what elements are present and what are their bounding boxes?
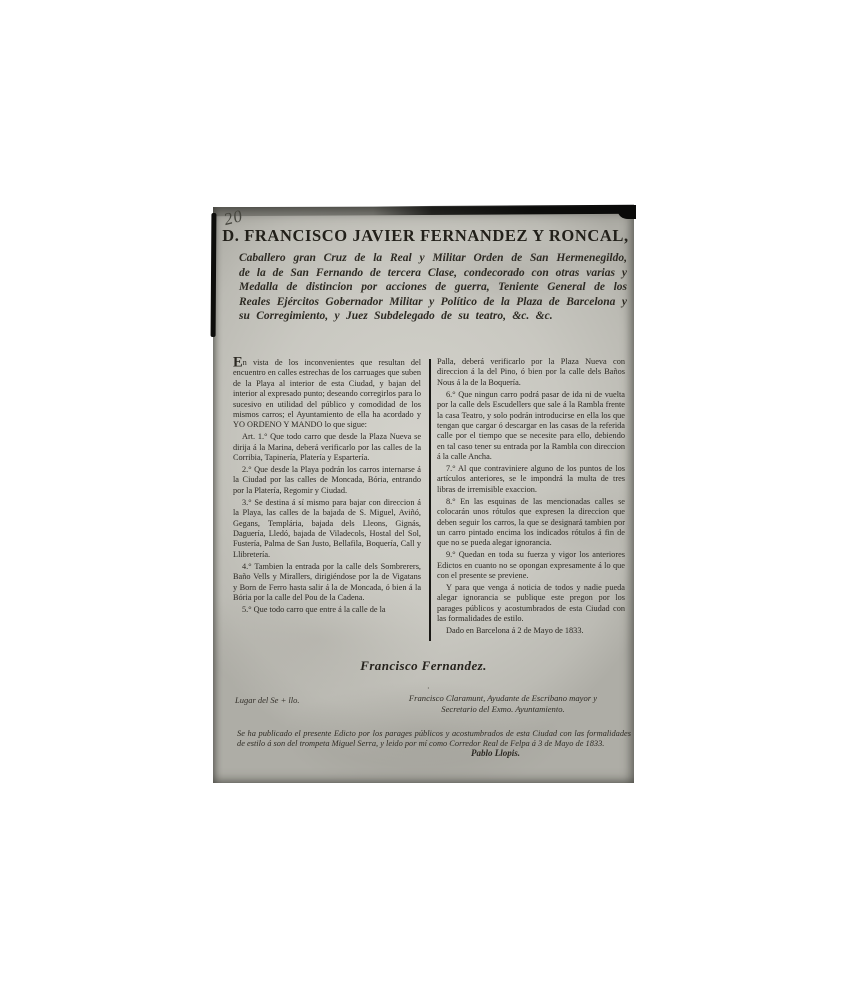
article-5-start: 5.° Que todo carro que entre á la calle …: [233, 605, 421, 615]
article-4: 4.° Tambien la entrada por la calle dels…: [233, 562, 421, 604]
crier-signature: Pablo Llopis.: [471, 748, 520, 758]
edict-title: D. FRANCISCO JAVIER FERNANDEZ Y RONCAL,: [219, 226, 632, 246]
article-9: 9.° Quedan en toda su fuerza y vigor los…: [437, 550, 625, 581]
scan-left-edge-mark: [211, 213, 217, 337]
separator-mark: ·: [427, 684, 430, 693]
clerk-title-line: Secretario del Exmo. Ayuntamiento.: [383, 704, 623, 715]
column-divider-rule: [429, 359, 431, 641]
article-1: Art. 1.° Que todo carro que desde la Pla…: [233, 432, 421, 463]
edict-subtitle: Caballero gran Cruz de la Real y Militar…: [239, 251, 627, 324]
publication-note: Se ha publicado el presente Edicto por l…: [237, 729, 631, 749]
article-2: 2.° Que desde la Playa podrán los carros…: [233, 465, 421, 496]
article-5-continuation: Palla, deberá verificarlo por la Plaza N…: [437, 357, 625, 388]
dateline: Dado en Barcelona á 2 de Mayo de 1833.: [437, 626, 625, 636]
scan-corner-mark: [618, 205, 636, 219]
seal-place-note: Lugar del Se + llo.: [235, 695, 300, 705]
right-column: Palla, deberá verificarlo por la Plaza N…: [437, 357, 625, 638]
clerk-attestation: Francisco Claramunt, Ayudante de Escriba…: [383, 693, 623, 714]
article-7: 7.° Al que contraviniere alguno de los p…: [437, 464, 625, 495]
clerk-name-line: Francisco Claramunt, Ayudante de Escriba…: [383, 693, 623, 704]
scan-top-edge-mark: [213, 205, 634, 217]
scanned-edict-screenshot: 20 D. FRANCISCO JAVIER FERNANDEZ Y RONCA…: [0, 0, 846, 1000]
article-8: 8.° En las esquinas de las mencionadas c…: [437, 497, 625, 549]
article-6: 6.° Que ningun carro podrá pasar de ida …: [437, 390, 625, 463]
article-3: 3.° Se destina á sí mismo para bajar con…: [233, 498, 421, 560]
intro-text: n vista de los inconvenientes que result…: [233, 358, 421, 429]
edict-paper: 20 D. FRANCISCO JAVIER FERNANDEZ Y RONCA…: [213, 207, 634, 783]
left-column: En vista de los inconvenientes que resul…: [233, 358, 421, 617]
closing-paragraph: Y para que venga á noticia de todos y na…: [437, 583, 625, 625]
governor-signature: Francisco Fernandez.: [213, 658, 634, 674]
intro-paragraph: En vista de los inconvenientes que resul…: [233, 358, 421, 431]
